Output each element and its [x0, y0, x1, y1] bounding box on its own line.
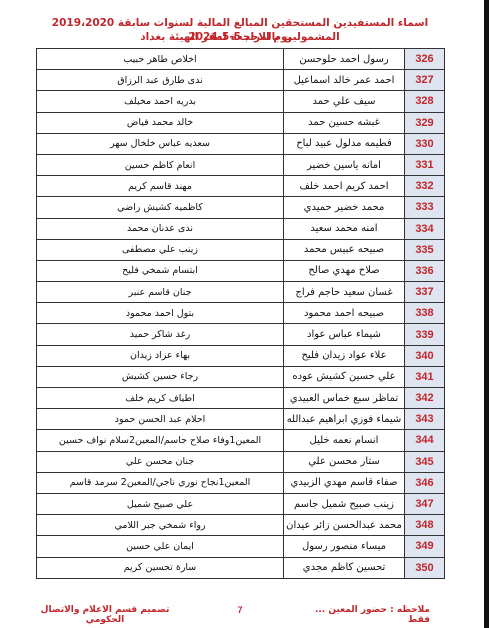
- companion-name: علي صبيح شميل: [37, 493, 284, 514]
- table-row: 326رسول احمد حلوحسناخلاص طاهر حبيب: [37, 49, 445, 70]
- beneficiary-name: غسان سعيد حاجم فراج: [284, 282, 405, 303]
- row-number: 332: [405, 176, 445, 197]
- companion-name: ابتسام شمخي فليح: [37, 260, 284, 281]
- table-row: 334امنه محمد سعيدندى عدنان محمد: [37, 218, 445, 239]
- table-row: 346صفاء قاسم مهدي الزبيديالمعين1نجاح نور…: [37, 472, 445, 493]
- table-row: 336صلاح مهدي صالحابتسام شمخي فليح: [37, 260, 445, 281]
- beneficiary-name: تماظر سبع خماس العبيدي: [284, 388, 405, 409]
- companion-name: رجاء حسين كشيش: [37, 366, 284, 387]
- beneficiaries-table: 326رسول احمد حلوحسناخلاص طاهر حبيب327احم…: [36, 48, 445, 579]
- beneficiary-name: تحسين كاظم مجدي: [284, 557, 405, 578]
- beneficiary-name: رسول احمد حلوحسن: [284, 49, 405, 70]
- row-number: 337: [405, 282, 445, 303]
- beneficiary-name: صلاح مهدي صالح: [284, 260, 405, 281]
- table-row: 338صبيحه احمد محمودبتول احمد محمود: [37, 303, 445, 324]
- table-row: 331امانه ياسين خضيرانعام كاظم حسين: [37, 154, 445, 175]
- table-row: 327احمد عمر خالد اسماعيلندى طارق عبد الر…: [37, 70, 445, 91]
- beneficiary-name: امنه محمد سعيد: [284, 218, 405, 239]
- beneficiary-name: زينب صبيح شميل جاسم: [284, 493, 405, 514]
- companion-name: سارة تحسين كريم: [37, 557, 284, 578]
- table-row: 345ستار محسن عليجنان محسن علي: [37, 451, 445, 472]
- beneficiary-name: انسام نعمه خليل: [284, 430, 405, 451]
- beneficiary-name: ميساء منصور رسول: [284, 536, 405, 557]
- table-row: 350تحسين كاظم مجديسارة تحسين كريم: [37, 557, 445, 578]
- row-number: 342: [405, 388, 445, 409]
- row-number: 347: [405, 493, 445, 514]
- table-row: 328سيف علي حمدبدريه احمد مخيلف: [37, 91, 445, 112]
- table-row: 337غسان سعيد حاجم فراججنان قاسم عنبر: [37, 282, 445, 303]
- table-row: 330فطيمه مدلول عبيد لباحسعديه عباس خلخال…: [37, 133, 445, 154]
- companion-name: كاظميه كشيش راضي: [37, 197, 284, 218]
- row-number: 335: [405, 239, 445, 260]
- document-date: يوم الاحد 5-5-2024: [30, 30, 450, 44]
- companion-name: المعين1نجاح نوري ناجي/المعين2 سرمد قاسم: [37, 472, 284, 493]
- companion-name: خالد محمد فياض: [37, 112, 284, 133]
- beneficiary-name: احمد عمر خالد اسماعيل: [284, 70, 405, 91]
- row-number: 333: [405, 197, 445, 218]
- companion-name: ندى طارق عبد الرزاق: [37, 70, 284, 91]
- table-row: 341علي حسين كشيش عودهرجاء حسين كشيش: [37, 366, 445, 387]
- row-number: 341: [405, 366, 445, 387]
- companion-name: بتول احمد محمود: [37, 303, 284, 324]
- row-number: 340: [405, 345, 445, 366]
- footer-note: ملاحظه : حضور المعين ... فقط: [300, 605, 430, 625]
- companion-name: زينب علي مصطفى: [37, 239, 284, 260]
- row-number: 346: [405, 472, 445, 493]
- beneficiary-name: غبشه حسين حمد: [284, 112, 405, 133]
- companion-name: ايمان علي حسين: [37, 536, 284, 557]
- beneficiary-name: محمد عبدالحسن زائر عيدان: [284, 515, 405, 536]
- beneficiary-name: محمد خضير حميدي: [284, 197, 405, 218]
- row-number: 328: [405, 91, 445, 112]
- table-row: 342تماظر سبع خماس العبيدياطياف كريم خلف: [37, 388, 445, 409]
- table-row: 347زينب صبيح شميل جاسمعلي صبيح شميل: [37, 493, 445, 514]
- table-row: 339شيماء عباس عوادرغد شاكر حميد: [37, 324, 445, 345]
- companion-name: مهند قاسم كريم: [37, 176, 284, 197]
- companion-name: جنان محسن علي: [37, 451, 284, 472]
- beneficiary-name: علاء عواد زيدان فليح: [284, 345, 405, 366]
- companion-name: رواء شمخي جبر اللامي: [37, 515, 284, 536]
- beneficiary-name: فطيمه مدلول عبيد لباح: [284, 133, 405, 154]
- companion-name: جنان قاسم عنبر: [37, 282, 284, 303]
- row-number: 329: [405, 112, 445, 133]
- beneficiary-name: صفاء قاسم مهدي الزبيدي: [284, 472, 405, 493]
- beneficiary-name: احمد كريم احمد خلف: [284, 176, 405, 197]
- row-number: 343: [405, 409, 445, 430]
- companion-name: بدريه احمد مخيلف: [37, 91, 284, 112]
- row-number: 348: [405, 515, 445, 536]
- table-row: 349ميساء منصور رسولايمان علي حسين: [37, 536, 445, 557]
- table-row: 333محمد خضير حميديكاظميه كشيش راضي: [37, 197, 445, 218]
- table-row: 332احمد كريم احمد خلفمهند قاسم كريم: [37, 176, 445, 197]
- beneficiary-name: سيف علي حمد: [284, 91, 405, 112]
- row-number: 349: [405, 536, 445, 557]
- row-number: 344: [405, 430, 445, 451]
- row-number: 334: [405, 218, 445, 239]
- row-number: 331: [405, 154, 445, 175]
- row-number: 350: [405, 557, 445, 578]
- companion-name: رغد شاكر حميد: [37, 324, 284, 345]
- row-number: 345: [405, 451, 445, 472]
- row-number: 330: [405, 133, 445, 154]
- row-number: 339: [405, 324, 445, 345]
- table-row: 329غبشه حسين حمدخالد محمد فياض: [37, 112, 445, 133]
- table-row: 348محمد عبدالحسن زائر عيدانرواء شمخي جبر…: [37, 515, 445, 536]
- companion-name: اطياف كريم خلف: [37, 388, 284, 409]
- companion-name: بهاء عزاد زيدان: [37, 345, 284, 366]
- companion-name: سعديه عباس خلخال سهر: [37, 133, 284, 154]
- companion-name: اخلاص طاهر حبيب: [37, 49, 284, 70]
- beneficiary-name: علي حسين كشيش عوده: [284, 366, 405, 387]
- table-row: 344انسام نعمه خليلالمعين1وفاء صلاح جاسم/…: [37, 430, 445, 451]
- companion-name: المعين1وفاء صلاح جاسم/المعين2سلام نواف ح…: [37, 430, 284, 451]
- beneficiary-name: شيماء عباس عواد: [284, 324, 405, 345]
- beneficiary-name: شيماء فوزي ابراهيم عبدالله: [284, 409, 405, 430]
- row-number: 326: [405, 49, 445, 70]
- table-row: 340علاء عواد زيدان فليحبهاء عزاد زيدان: [37, 345, 445, 366]
- companion-name: انعام كاظم حسين: [37, 154, 284, 175]
- row-number: 336: [405, 260, 445, 281]
- table-row: 335صبيحه عبيس محمدزينب علي مصطفى: [37, 239, 445, 260]
- companion-name: احلام عبد الحسن حمود: [37, 409, 284, 430]
- companion-name: ندى عدنان محمد: [37, 218, 284, 239]
- design-credit: تصميم قسم الاعلام والاتصال الحكومي: [30, 605, 180, 625]
- beneficiary-name: صبيحه عبيس محمد: [284, 239, 405, 260]
- beneficiary-name: صبيحه احمد محمود: [284, 303, 405, 324]
- row-number: 338: [405, 303, 445, 324]
- beneficiary-name: امانه ياسين خضير: [284, 154, 405, 175]
- row-number: 327: [405, 70, 445, 91]
- right-edge-bar: [484, 0, 489, 628]
- page-number: 7: [230, 605, 250, 615]
- beneficiary-name: ستار محسن علي: [284, 451, 405, 472]
- table-row: 343شيماء فوزي ابراهيم عبداللهاحلام عبد ا…: [37, 409, 445, 430]
